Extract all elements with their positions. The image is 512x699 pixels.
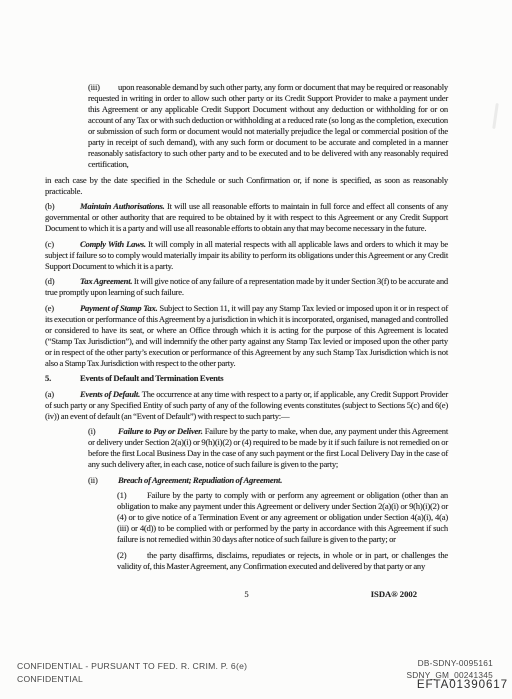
paragraph-label: (d)	[45, 276, 80, 287]
paragraph-label: 5.	[45, 373, 80, 384]
paragraph-label: (i)	[88, 426, 118, 437]
confidential-stamp: CONFIDENTIAL - PURSUANT TO FED. R. CRIM.…	[17, 660, 247, 685]
confidential-stamp-line-1: CONFIDENTIAL - PURSUANT TO FED. R. CRIM.…	[17, 660, 247, 673]
paragraph-text: the party disaffirms, disclaims, repudia…	[117, 550, 448, 571]
paragraph-heading: Payment of Stamp Tax.	[80, 303, 158, 313]
document-paragraph: (i)Failure to Pay or Deliver. Failure by…	[88, 426, 448, 470]
isda-edition-label: ISDA® 2002	[371, 589, 417, 599]
document-paragraph: (a)Events of Default. The occurrence at …	[45, 389, 448, 422]
document-paragraph: (2)the party disaffirms, disclaims, repu…	[117, 550, 448, 572]
paragraph-label: (b)	[45, 201, 80, 212]
document-content: (iii)upon reasonable demand by such othe…	[45, 82, 448, 576]
document-paragraph: (c)Comply With Laws. It will comply in a…	[45, 239, 448, 272]
confidential-stamp-line-2: CONFIDENTIAL	[17, 673, 247, 686]
page-footer: 5 ISDA® 2002	[45, 589, 448, 601]
document-paragraph: (d)Tax Agreement. It will give notice of…	[45, 276, 448, 298]
paragraph-label: (2)	[117, 550, 147, 561]
paragraph-heading: Events of Default and Termination Events	[80, 373, 223, 383]
paragraph-heading: Tax Agreement.	[80, 276, 132, 286]
document-paragraph: in each case by the date specified in th…	[45, 175, 448, 197]
paragraph-heading: Breach of Agreement; Repudiation of Agre…	[118, 475, 282, 485]
document-paragraph: (1)Failure by the party to comply with o…	[117, 490, 448, 545]
paragraph-label: (e)	[45, 303, 80, 314]
paragraph-heading: Maintain Authorisations.	[80, 201, 165, 211]
scanned-page: (iii)upon reasonable demand by such othe…	[0, 0, 512, 699]
document-paragraph: 5.Events of Default and Termination Even…	[45, 373, 448, 384]
bates-number-db-sdny: DB-SDNY-0095161	[406, 658, 493, 670]
paragraph-text: Failure by the party to comply with or p…	[117, 490, 448, 544]
paragraph-label: (a)	[45, 389, 80, 400]
document-paragraph: (b)Maintain Authorisations. It will use …	[45, 201, 448, 234]
document-paragraph: (e)Payment of Stamp Tax. Subject to Sect…	[45, 303, 448, 369]
document-paragraph: (iii)upon reasonable demand by such othe…	[88, 82, 448, 170]
document-paragraph: (ii)Breach of Agreement; Repudiation of …	[88, 475, 448, 486]
bates-stamp-efta: EFTA01390617	[417, 678, 508, 691]
paragraph-label: (ii)	[88, 475, 118, 486]
paragraph-text: upon reasonable demand by such other par…	[88, 82, 448, 169]
scan-artifact	[492, 103, 499, 129]
paragraph-text: in each case by the date specified in th…	[45, 175, 448, 196]
paragraph-heading: Failure to Pay or Deliver.	[118, 426, 203, 436]
paragraph-label: (c)	[45, 239, 80, 250]
paragraph-heading: Comply With Laws.	[80, 239, 146, 249]
paragraph-label: (1)	[117, 490, 147, 501]
paragraph-heading: Events of Default.	[80, 389, 140, 399]
paragraph-label: (iii)	[88, 82, 118, 93]
